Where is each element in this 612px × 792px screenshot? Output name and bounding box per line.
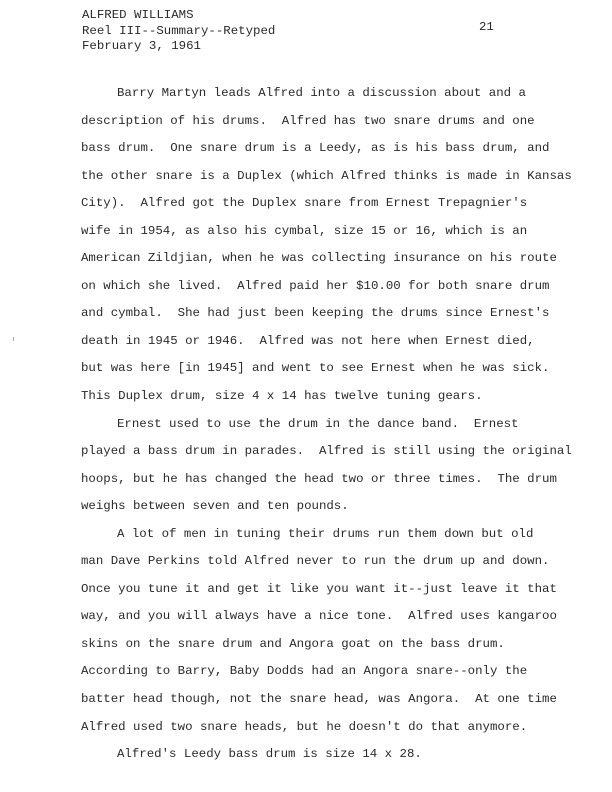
- text-line: and cymbal. She had just been keeping th…: [81, 300, 601, 328]
- text-line: death in 1945 or 1946. Alfred was not he…: [81, 328, 601, 356]
- text-line: A lot of men in tuning their drums run t…: [81, 521, 601, 549]
- interview-date: February 3, 1961: [82, 39, 275, 55]
- text-line: Alfred's Leedy bass drum is size 14 x 28…: [81, 741, 601, 769]
- text-line: wife in 1954, as also his cymbal, size 1…: [81, 218, 601, 246]
- text-line: City). Alfred got the Duplex snare from …: [81, 190, 601, 218]
- text-line: man Dave Perkins told Alfred never to ru…: [81, 548, 601, 576]
- text-line: According to Barry, Baby Dodds had an An…: [81, 658, 601, 686]
- scan-mark: [13, 337, 14, 341]
- text-line: Ernest used to use the drum in the dance…: [81, 411, 601, 439]
- paragraph: Alfred's Leedy bass drum is size 14 x 28…: [81, 741, 601, 769]
- document-page: ALFRED WILLIAMS Reel III--Summary--Retyp…: [0, 0, 612, 792]
- text-line: skins on the snare drum and Angora goat …: [81, 631, 601, 659]
- reel-info: Reel III--Summary--Retyped: [82, 24, 275, 40]
- text-line: hoops, but he has changed the head two o…: [81, 466, 601, 494]
- page-number: 21: [479, 20, 494, 34]
- text-line: the other snare is a Duplex (which Alfre…: [81, 163, 601, 191]
- text-line: This Duplex drum, size 4 x 14 has twelve…: [81, 383, 601, 411]
- text-line: American Zildjian, when he was collectin…: [81, 245, 601, 273]
- text-line: way, and you will always have a nice ton…: [81, 603, 601, 631]
- text-line: Alfred used two snare heads, but he does…: [81, 714, 601, 742]
- paragraph: Ernest used to use the drum in the dance…: [81, 411, 601, 521]
- paragraph: Barry Martyn leads Alfred into a discuss…: [81, 80, 601, 411]
- document-header: ALFRED WILLIAMS Reel III--Summary--Retyp…: [82, 8, 275, 55]
- document-body: Barry Martyn leads Alfred into a discuss…: [81, 80, 601, 769]
- text-line: Barry Martyn leads Alfred into a discuss…: [81, 80, 601, 108]
- text-line: on which she lived. Alfred paid her $10.…: [81, 273, 601, 301]
- text-line: weighs between seven and ten pounds.: [81, 493, 601, 521]
- text-line: but was here [in 1945] and went to see E…: [81, 355, 601, 383]
- interviewee-name: ALFRED WILLIAMS: [82, 8, 275, 24]
- text-line: bass drum. One snare drum is a Leedy, as…: [81, 135, 601, 163]
- text-line: description of his drums. Alfred has two…: [81, 108, 601, 136]
- text-line: Once you tune it and get it like you wan…: [81, 576, 601, 604]
- text-line: played a bass drum in parades. Alfred is…: [81, 438, 601, 466]
- text-line: batter head though, not the snare head, …: [81, 686, 601, 714]
- paragraph: A lot of men in tuning their drums run t…: [81, 521, 601, 741]
